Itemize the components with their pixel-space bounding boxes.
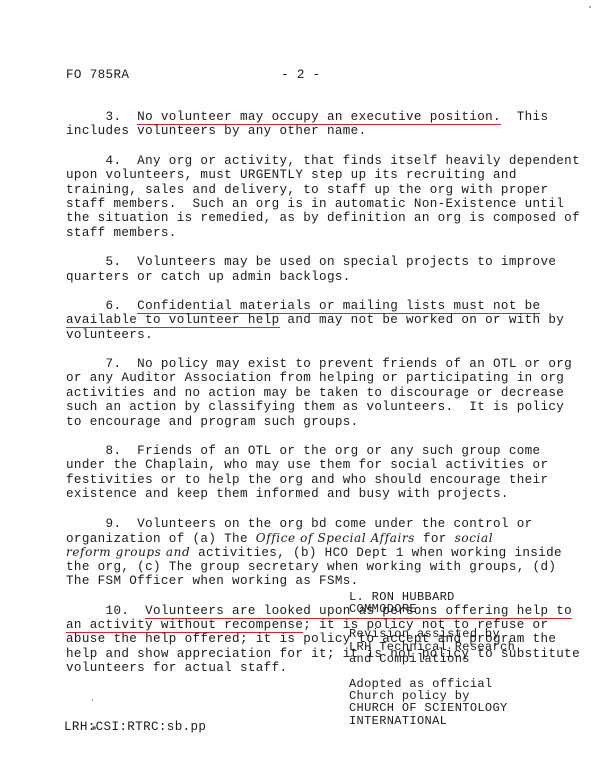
text-segment: organization of (a) The [66, 532, 256, 546]
paragraph-line: includes volunteers by any other name. [66, 124, 546, 138]
paragraph-line: activities and no action may be taken to… [66, 386, 546, 400]
paragraph-line: the org, (c) The group secretary when wo… [66, 560, 546, 574]
handwritten-italic-text: reform groups and [66, 545, 190, 559]
signature-section: L. RON HUBBARDCOMMODORE [349, 591, 515, 615]
text-segment: or any Auditor Association from helping … [66, 371, 564, 385]
paragraph-line: The FSM Officer when working as FSMs. [66, 574, 546, 588]
paragraph-line: available to volunteer help and may not … [66, 313, 546, 327]
signature-line: and Compilations [349, 653, 515, 665]
paragraph-line: under the Chaplain, who may use them for… [66, 458, 546, 472]
text-segment: to encourage and program such groups. [66, 415, 359, 429]
scan-speck [589, 6, 591, 8]
document-page: FO 785RA - 2 - 3. No volunteer may occup… [0, 0, 615, 783]
paragraph-line: the situation is remedied, as by definit… [66, 211, 546, 225]
paragraph-line: organization of (a) The Office of Specia… [66, 531, 546, 545]
underlined-text: an activity without recompense [66, 618, 303, 633]
paragraph-line: existence and keep them informed and bus… [66, 487, 546, 501]
text-segment: This [501, 110, 548, 124]
paragraph-line: staff members. Such an org is in automat… [66, 197, 546, 211]
paragraph-line: upon volunteers, must URGENTLY step up i… [66, 168, 546, 182]
text-segment: volunteers for actual staff. [66, 661, 287, 675]
signature-line: COMMODORE [349, 603, 515, 615]
text-segment: the org, (c) The group secretary when wo… [66, 560, 556, 574]
text-segment: under the Chaplain, who may use them for… [66, 458, 548, 472]
text-segment: for [415, 532, 455, 546]
underlined-text: No volunteer may occupy an executive pos… [137, 110, 501, 125]
policy-paragraph-3: 3. No volunteer may occupy an executive … [66, 110, 546, 139]
paragraph-line: 9. Volunteers on the org bd come under t… [66, 517, 546, 531]
text-segment: existence and keep them informed and bus… [66, 487, 509, 501]
paragraph-line: quarters or catch up admin backlogs. [66, 270, 546, 284]
text-segment: activities, (b) HCO Dept 1 when working … [190, 546, 562, 560]
document-code: FO 785RA [66, 68, 129, 82]
text-segment: 3. [66, 110, 137, 124]
signature-line: INTERNATIONAL [349, 715, 515, 727]
text-segment: 9. Volunteers on the org bd come under t… [66, 517, 533, 531]
paragraph-line: or any Auditor Association from helping … [66, 371, 546, 385]
policy-paragraph-9: 9. Volunteers on the org bd come under t… [66, 517, 546, 589]
signature-line: CHURCH OF SCIENTOLOGY [349, 702, 515, 714]
text-segment: training, sales and delivery, to staff u… [66, 183, 548, 197]
paragraph-line: training, sales and delivery, to staff u… [66, 183, 546, 197]
paragraph-line: to encourage and program such groups. [66, 415, 546, 429]
signature-block: L. RON HUBBARDCOMMODORERevision assisted… [349, 591, 515, 740]
paragraph-line: staff members. [66, 226, 546, 240]
page-header: FO 785RA - 2 - [66, 68, 546, 84]
signature-line: LRH Technical Research [349, 641, 515, 653]
text-segment: the situation is remedied, as by definit… [66, 211, 580, 225]
handwritten-italic-text: social [455, 531, 494, 545]
underlined-text: available to volunteer help [66, 313, 280, 328]
paragraph-line: 6. Confidential materials or mailing lis… [66, 299, 546, 313]
paragraph-line: 7. No policy may exist to prevent friend… [66, 357, 546, 371]
scan-speck [92, 726, 96, 730]
text-segment: activities and no action may be taken to… [66, 386, 564, 400]
text-segment: volunteers. [66, 328, 153, 342]
text-segment: staff members. Such an org is in automat… [66, 197, 564, 211]
paragraph-line: reform groups and activities, (b) HCO De… [66, 545, 546, 559]
text-segment: 6. [66, 299, 137, 313]
handwritten-italic-text: Office of Special Affairs [256, 531, 415, 545]
page-number: - 2 - [281, 68, 321, 82]
scan-speck [92, 699, 93, 701]
paragraph-line: 5. Volunteers may be used on special pro… [66, 255, 546, 269]
text-segment: staff members. [66, 226, 177, 240]
text-segment: and may not be worked on or with by [280, 313, 565, 327]
policy-paragraph-7: 7. No policy may exist to prevent friend… [66, 357, 546, 429]
text-segment: 8. Friends of an OTL or the org or any s… [66, 444, 540, 458]
text-segment: quarters or catch up admin backlogs. [66, 270, 351, 284]
paragraph-line: 4. Any org or activity, that finds itsel… [66, 154, 546, 168]
policy-paragraph-6: 6. Confidential materials or mailing lis… [66, 299, 546, 342]
footer-reference: LRH:CSI:RTRC:sb.pp [64, 720, 206, 734]
text-segment: upon volunteers, must URGENTLY step up i… [66, 168, 517, 182]
text-segment: 4. Any org or activity, that finds itsel… [66, 154, 580, 168]
policy-paragraph-8: 8. Friends of an OTL or the org or any s… [66, 444, 546, 502]
policy-paragraph-5: 5. Volunteers may be used on special pro… [66, 255, 546, 284]
text-segment: The FSM Officer when working as FSMs. [66, 574, 359, 588]
paragraph-line: such an action by classifying them as vo… [66, 400, 546, 414]
paragraph-line: 3. No volunteer may occupy an executive … [66, 110, 546, 124]
signature-section: Adopted as officialChurch policy byCHURC… [349, 678, 515, 727]
text-segment: festivities or to help the org and who s… [66, 473, 548, 487]
signature-section: Revision assisted byLRH Technical Resear… [349, 628, 515, 665]
text-segment: includes volunteers by any other name. [66, 124, 366, 138]
policy-paragraph-4: 4. Any org or activity, that finds itsel… [66, 154, 546, 240]
paragraph-line: volunteers. [66, 328, 546, 342]
signature-line: Revision assisted by [349, 628, 515, 640]
underlined-text: Confidential materials or mailing lists … [137, 299, 540, 314]
text-segment: such an action by classifying them as vo… [66, 400, 564, 414]
paragraph-line: 8. Friends of an OTL or the org or any s… [66, 444, 546, 458]
text-segment: 7. No policy may exist to prevent friend… [66, 357, 572, 371]
text-segment: 10. [66, 604, 145, 618]
paragraph-line: festivities or to help the org and who s… [66, 473, 546, 487]
text-segment: 5. Volunteers may be used on special pro… [66, 255, 556, 269]
